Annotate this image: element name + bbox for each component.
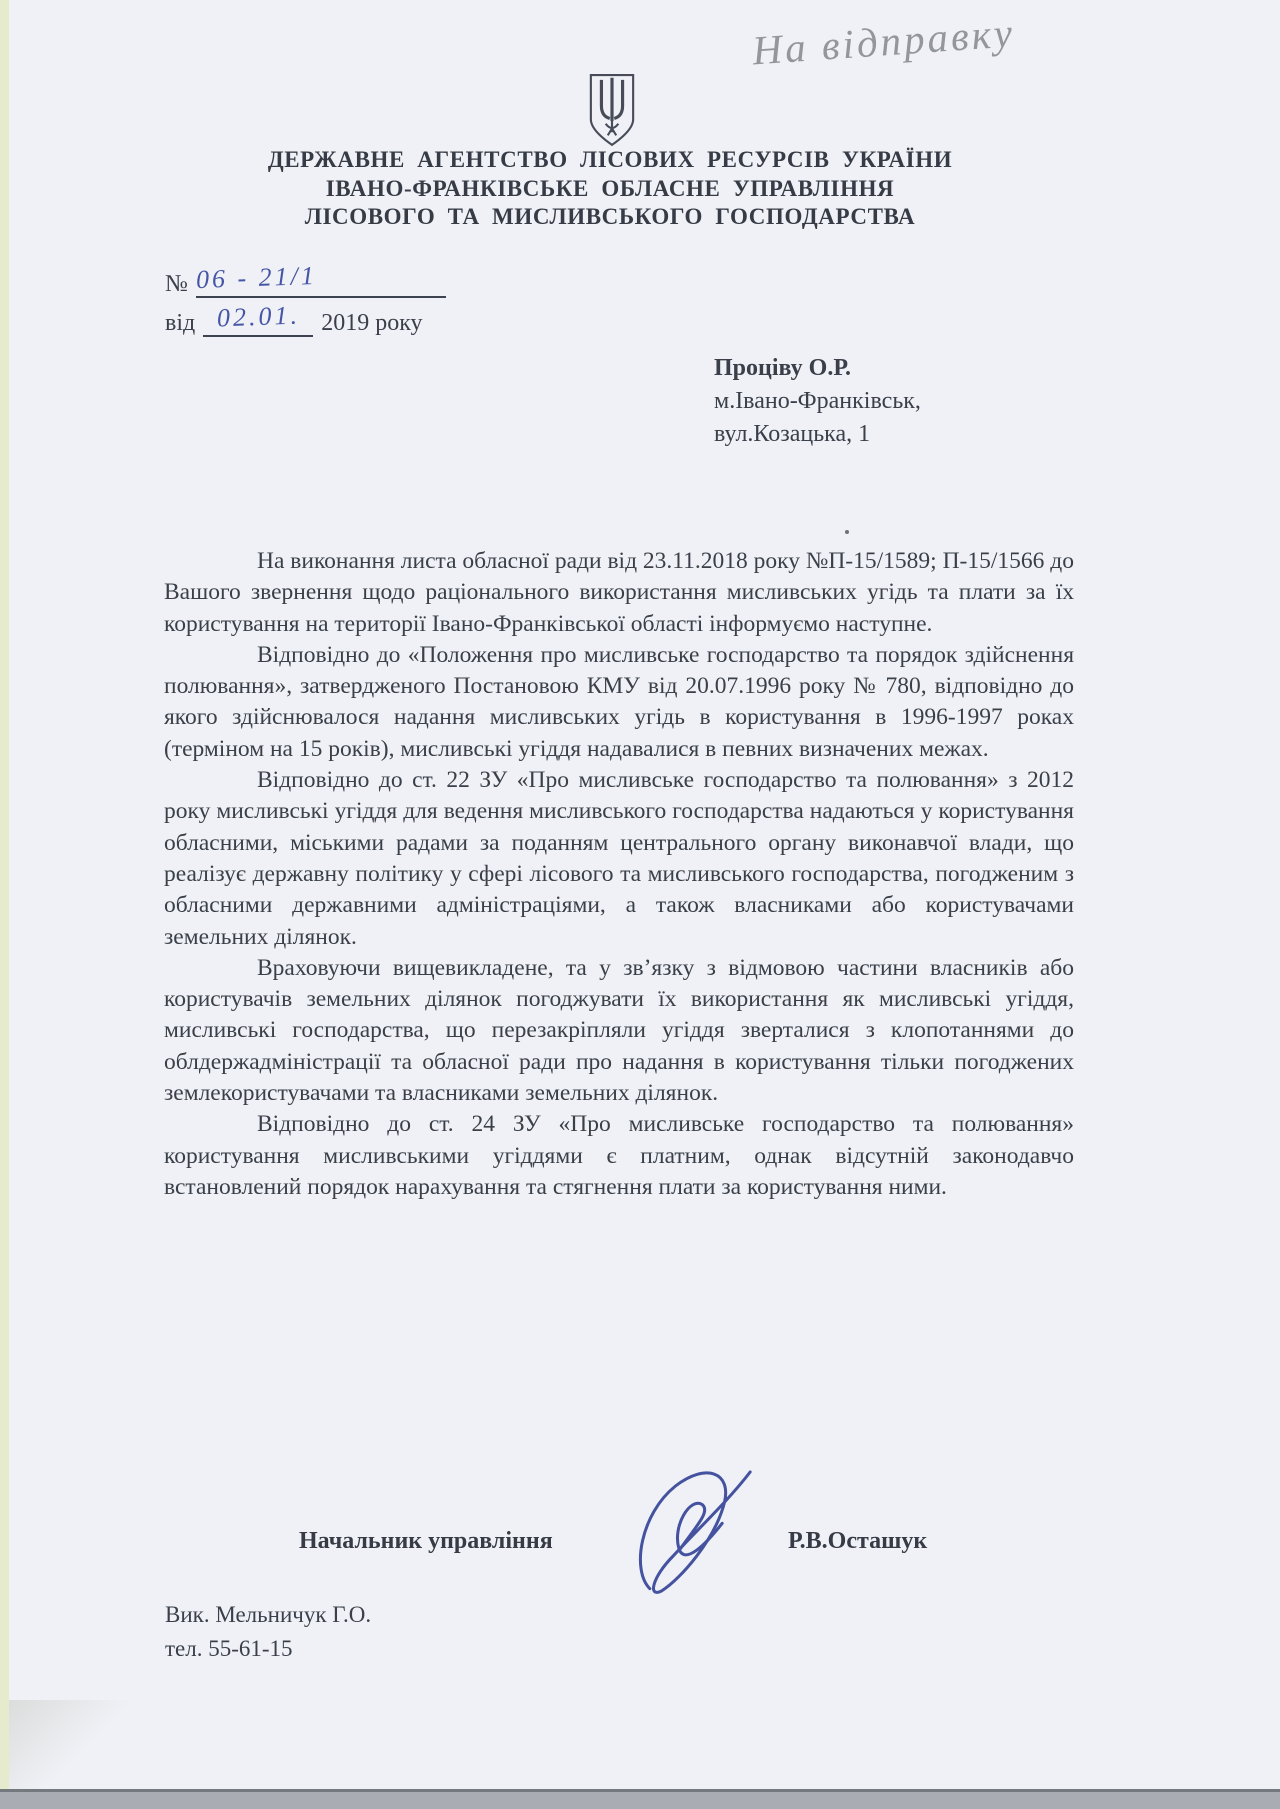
addressee-block: Проціву О.Р. м.Івано-Франківськ, вул.Коз… bbox=[714, 352, 921, 451]
scanned-letter: На відправку ДЕРЖАВНЕ АГЕНТСТВО ЛІСОВИХ … bbox=[0, 0, 1280, 1809]
ukraine-trident-emblem bbox=[584, 73, 640, 147]
org-name-line3: ЛІСОВОГО ТА МИСЛИВСЬКОГО ГОСПОДАРСТВА bbox=[180, 203, 1040, 232]
addressee-city: м.Івано-Франківськ, bbox=[714, 385, 921, 418]
handwritten-pencil-note: На відправку bbox=[751, 2, 1113, 75]
paragraph-2: Відповідно до «Положення про мисливське … bbox=[164, 640, 1074, 765]
scanner-background bbox=[0, 1789, 1280, 1809]
executor-name: Вик. Мельничук Г.О. bbox=[165, 1598, 371, 1632]
org-name-line2: ІВАНО-ФРАНКІВСЬКЕ ОБЛАСНЕ УПРАВЛІННЯ bbox=[180, 175, 1040, 204]
letter-body: На виконання листа обласної ради від 23.… bbox=[164, 546, 1074, 1203]
org-name-line1: ДЕРЖАВНЕ АГЕНТСТВО ЛІСОВИХ РЕСУРСІВ УКРА… bbox=[180, 146, 1040, 175]
paragraph-4: Враховуючи вищевикладене, та у зв’язку з… bbox=[164, 953, 1074, 1109]
paragraph-1: На виконання листа обласної ради від 23.… bbox=[164, 546, 1074, 640]
page-left-edge bbox=[0, 0, 9, 1789]
reference-number-line: №06 - 21/1 bbox=[165, 266, 446, 305]
reference-number-blank: 06 - 21/1 bbox=[196, 266, 446, 298]
reference-date-label: від bbox=[165, 310, 195, 336]
executor-phone: тел. 55-61-15 bbox=[165, 1632, 371, 1666]
addressee-name: Проціву О.Р. bbox=[714, 352, 921, 385]
organization-header: ДЕРЖАВНЕ АГЕНТСТВО ЛІСОВИХ РЕСУРСІВ УКРА… bbox=[180, 146, 1040, 232]
signatory-name: Р.В.Осташук bbox=[788, 1528, 927, 1555]
reference-number-label: № bbox=[165, 271, 188, 297]
reference-date-line: від02.01.2019 року bbox=[165, 305, 446, 344]
page-corner-shadow bbox=[9, 1700, 129, 1789]
paragraph-3: Відповідно до ст. 22 ЗУ «Про мисливське … bbox=[164, 765, 1074, 953]
reference-number-handwritten: 06 - 21/1 bbox=[195, 261, 317, 295]
reference-block: №06 - 21/1 від02.01.2019 року bbox=[165, 266, 446, 344]
reference-date-handwritten: 02.01. bbox=[216, 301, 300, 334]
signatory-position: Начальник управління bbox=[299, 1528, 553, 1555]
reference-date-suffix: 2019 року bbox=[321, 310, 422, 336]
signature-scribble bbox=[628, 1458, 758, 1598]
paragraph-5: Відповідно до ст. 24 ЗУ «Про мисливське … bbox=[164, 1109, 1074, 1203]
reference-date-blank: 02.01. bbox=[203, 305, 313, 337]
executor-block: Вик. Мельничук Г.О. тел. 55-61-15 bbox=[165, 1598, 371, 1666]
scan-speck bbox=[845, 530, 849, 534]
addressee-street: вул.Козацька, 1 bbox=[714, 418, 921, 451]
